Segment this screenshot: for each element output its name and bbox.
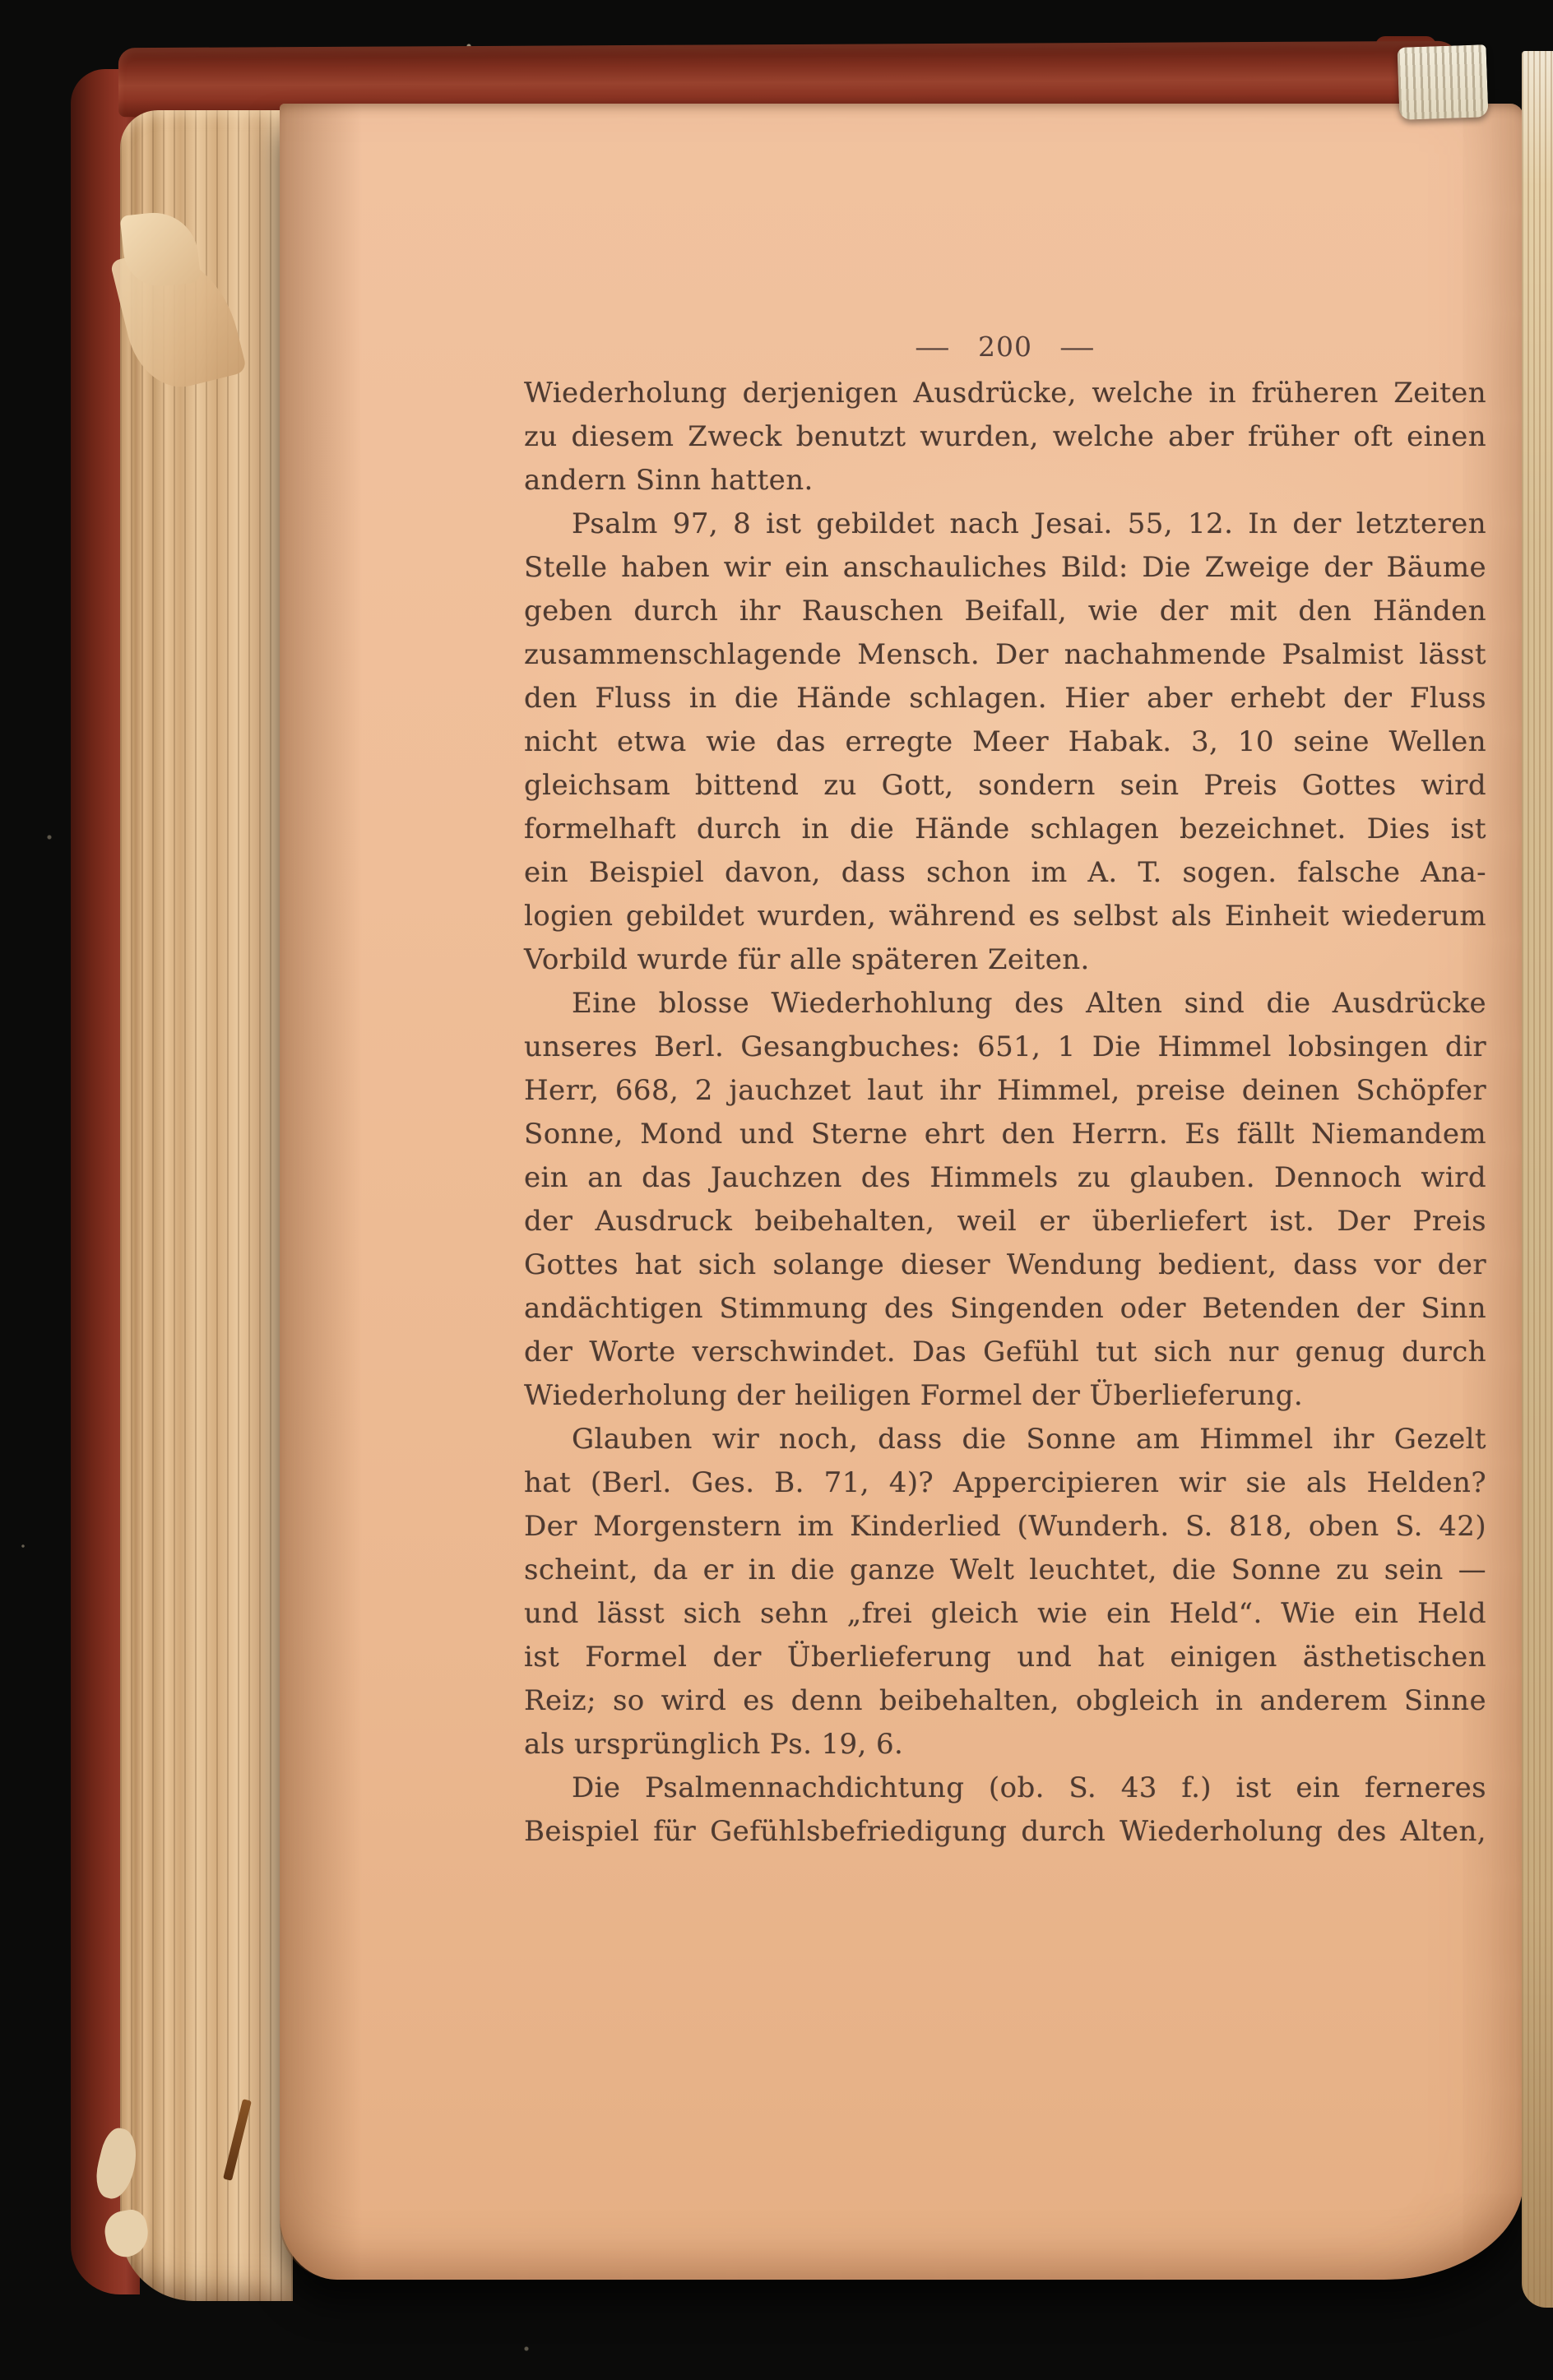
text-line: scheint, da er in die ganze Welt leuchte… (524, 1549, 1486, 1592)
text-line: andächtigen Stimmung des Singenden oder … (524, 1287, 1486, 1331)
right-fore-edge (1522, 51, 1553, 2308)
text-line: Glauben wir noch, dass die Sonne am Himm… (524, 1418, 1486, 1461)
text-line: logien gebildet wurden, während es selbs… (524, 895, 1486, 938)
text-line: der Worte verschwindet. Das Gefühl tut s… (524, 1331, 1486, 1374)
text-line: ein an das Jauchzen des Himmels zu glaub… (524, 1156, 1486, 1200)
page-number-dash-right: — (1059, 331, 1096, 363)
text-line: den Fluss in die Hände schlagen. Hier ab… (524, 677, 1486, 720)
text-line: Stelle haben wir ein anschauliches Bild:… (524, 546, 1486, 590)
page-text: Wiederholung derjenigen Ausdrücke, welch… (524, 372, 1486, 1854)
text-line: formelhaft durch in die Hände schlagen b… (524, 808, 1486, 851)
text-line: als ursprünglich Ps. 19, 6. (524, 1723, 1486, 1766)
text-line: Sonne, Mond und Sterne ehrt den Herrn. E… (524, 1113, 1486, 1156)
text-line: Die Psalmennachdichtung (ob. S. 43 f.) i… (524, 1766, 1486, 1810)
text-line: andern Sinn hatten. (524, 459, 1486, 502)
text-line: Herr, 668, 2 jauchzet laut ihr Himmel, p… (524, 1069, 1486, 1113)
text-line: und lässt sich sehn „frei gleich wie ein… (524, 1592, 1486, 1636)
text-line: Eine blosse Wiederhohlung des Alten sind… (524, 982, 1486, 1026)
text-line: Reiz; so wird es denn beibehalten, obgle… (524, 1679, 1486, 1723)
book-headband (1397, 44, 1488, 120)
text-line: Beispiel für Gefühlsbefriedigung durch W… (524, 1810, 1486, 1854)
page-edges-stack (120, 110, 293, 2301)
text-line: zusammenschlagende Mensch. Der nachahmen… (524, 633, 1486, 677)
text-line: ist Formel der Überlieferung und hat ein… (524, 1636, 1486, 1679)
page-number-dash-left: — (915, 331, 951, 363)
text-line: Der Morgenstern im Kinderlied (Wunderh. … (524, 1505, 1486, 1549)
text-line: der Ausdruck beibehalten, weil er überli… (524, 1200, 1486, 1243)
text-line: nicht etwa wie das erregte Meer Habak. 3… (524, 720, 1486, 764)
text-line: Wiederholung derjenigen Ausdrücke, welch… (524, 372, 1486, 415)
text-line: Psalm 97, 8 ist gebildet nach Jesai. 55,… (524, 502, 1486, 546)
text-line: Vorbild wurde für alle späteren Zeiten. (524, 938, 1486, 982)
page-number: — 200 — (524, 331, 1486, 363)
text-line: hat (Berl. Ges. B. 71, 4)? Appercipieren… (524, 1461, 1486, 1505)
text-line: unseres Berl. Gesangbuches: 651, 1 Die H… (524, 1026, 1486, 1069)
photo-background: — 200 — Wiederholung derjenigen Ausdrück… (0, 0, 1553, 2380)
text-line: ein Beispiel davon, dass schon im A. T. … (524, 851, 1486, 895)
text-line: zu diesem Zweck benutzt wurden, welche a… (524, 415, 1486, 459)
page-number-value: 200 (978, 331, 1032, 363)
text-line: gleichsam bittend zu Gott, sondern sein … (524, 764, 1486, 808)
text-line: Gottes hat sich solange dieser Wendung b… (524, 1243, 1486, 1287)
text-line: geben durch ihr Rauschen Beifall, wie de… (524, 590, 1486, 633)
text-line: Wiederholung der heiligen Formel der Übe… (524, 1374, 1486, 1418)
